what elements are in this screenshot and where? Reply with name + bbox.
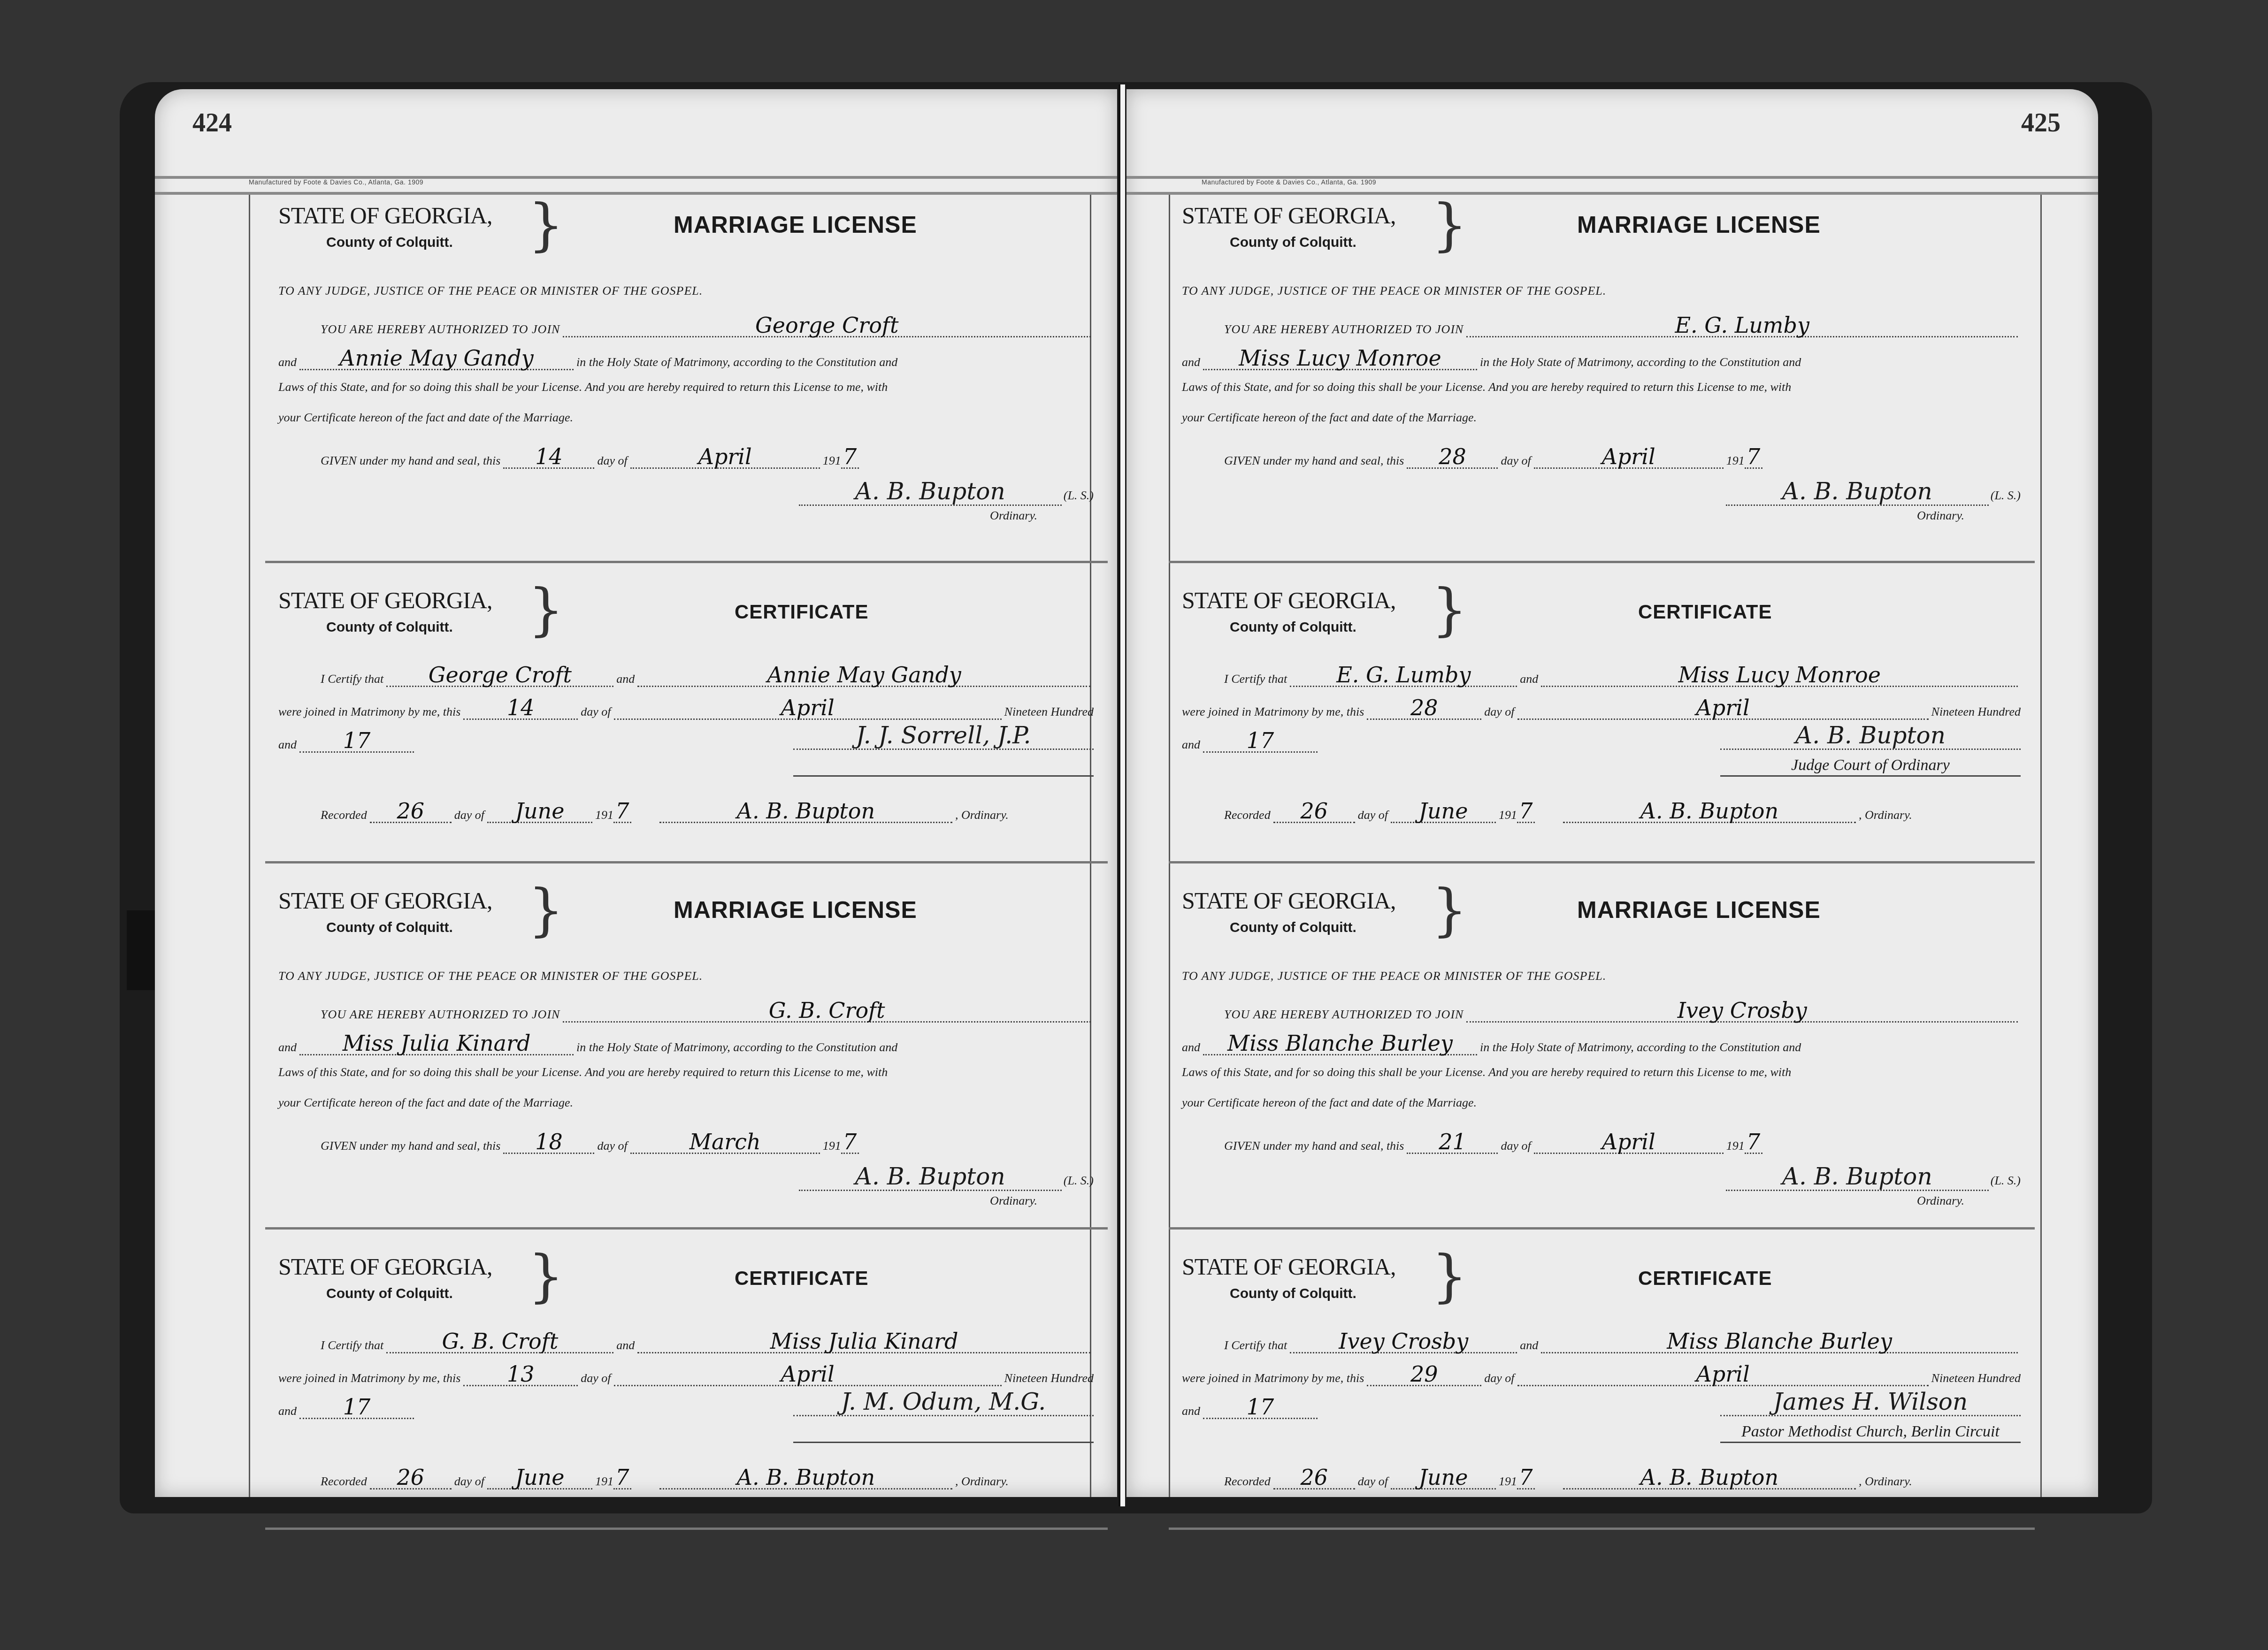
day-of-label: day of [1484, 705, 1514, 720]
join-line: YOU ARE HEREBY AUTHORIZED to join George… [278, 314, 1094, 337]
county-heading: County of Colquitt. [326, 1286, 453, 1302]
officiant-block: J. J. Sorrell, J.P. [793, 723, 1094, 777]
given-label: GIVEN under my hand and seal, this [321, 1139, 500, 1154]
joined-label: were joined in Matrimony by me, this [278, 705, 460, 720]
county-heading: County of Colquitt. [1230, 235, 1356, 251]
brace-icon: } [1432, 1248, 1467, 1305]
brace-icon: } [528, 582, 564, 638]
given-line: GIVEN under my hand and seal, this 21 da… [1182, 1131, 2021, 1154]
certificate-instruction: your Certificate hereon of the fact and … [278, 411, 573, 426]
ordinary-label: Ordinary. [1726, 509, 1964, 523]
ordinary-signature: A. B. Bupton [799, 479, 1062, 506]
ls-label: (L. S.) [1064, 489, 1094, 502]
county-heading: County of Colquitt. [1230, 1286, 1356, 1302]
day-of-label: day of [1358, 1474, 1388, 1490]
day-of-label: day of [1484, 1371, 1514, 1386]
and-label: and [1182, 1404, 1200, 1419]
groom-name: Ivey Crosby [1290, 1330, 1517, 1353]
salutation-line: TO ANY JUDGE, JUSTICE OF THE PEACE OR MI… [278, 969, 1094, 984]
marriage-month: April [614, 697, 1002, 720]
recorder-signature: A. B. Bupton [659, 800, 952, 823]
nineteen-hundred: Nineteen Hundred [1004, 705, 1094, 720]
and-label: and [1520, 1338, 1538, 1353]
marriage-day: 29 [1367, 1363, 1481, 1386]
and-label: and [1182, 1040, 1200, 1055]
certify-label: I Certify that [1224, 672, 1287, 687]
book-gutter [1119, 84, 1125, 1506]
county-heading: County of Colquitt. [326, 619, 453, 635]
groom-name: G. B. Croft [386, 1330, 613, 1353]
marriage-year: 17 [1203, 730, 1318, 753]
joined-label: were joined in Matrimony by me, this [1182, 1371, 1364, 1386]
salutation: TO ANY JUDGE, JUSTICE OF THE PEACE OR MI… [278, 969, 703, 984]
recorded-month: June [487, 1467, 592, 1490]
bride-name: Miss Julia Kinard [637, 1330, 1091, 1353]
join-line: YOU ARE HEREBY AUTHORIZED to join E. G. … [1182, 314, 2021, 337]
brace-icon: } [528, 197, 564, 253]
license-signature-block: A. B. Bupton (L. S.) Ordinary. [799, 1164, 1094, 1208]
recorded-year-digit: 7 [613, 800, 631, 823]
license-month: April [1534, 1131, 1724, 1154]
officiant-title [793, 756, 1094, 777]
certify-label: I Certify that [1224, 1338, 1287, 1353]
nineteen-hundred: Nineteen Hundred [1004, 1371, 1094, 1386]
recorded-line: Recorded 26 day of June 191 7 A. B. Bupt… [278, 1467, 1094, 1490]
nineteen-hundred: Nineteen Hundred [1931, 1371, 2021, 1386]
form-title: CERTIFICATE [735, 601, 869, 623]
officiant-block: James H. Wilson Pastor Methodist Church,… [1720, 1389, 2021, 1443]
laws-line: Laws of this State, and for so doing thi… [1182, 380, 2021, 395]
certificate-instruction: your Certificate hereon of the fact and … [1182, 1096, 1477, 1111]
officiant-block: A. B. Bupton Judge Court of Ordinary [1720, 723, 2021, 777]
authorized-label: YOU ARE HEREBY AUTHORIZED to join [1224, 322, 1463, 337]
day-of-label: day of [1501, 1139, 1531, 1154]
and-label: and [278, 1404, 297, 1419]
license-signature-block: A. B. Bupton (L. S.) Ordinary. [1726, 479, 2021, 523]
form-title: CERTIFICATE [735, 1267, 869, 1290]
day-of-label: day of [597, 454, 627, 469]
joined-line: were joined in Matrimony by me, this 29 … [1182, 1363, 2021, 1386]
brace-icon: } [528, 1248, 564, 1305]
laws-text: Laws of this State, and for so doing thi… [278, 380, 888, 395]
groom-name: E. G. Lumby [1466, 314, 2018, 337]
marriage-year: 17 [299, 730, 414, 753]
recorded-year-digit: 7 [613, 1467, 631, 1490]
brace-icon: } [1432, 197, 1467, 253]
ordinary-label: Ordinary. [799, 1194, 1037, 1208]
ordinary-label: Ordinary. [1726, 1194, 1964, 1208]
license-day: 18 [503, 1131, 594, 1154]
given-label: GIVEN under my hand and seal, this [321, 454, 500, 469]
bride-line: and Miss Julia Kinard in the Holy State … [278, 1032, 1094, 1055]
marriage-day: 28 [1367, 697, 1481, 720]
ordinary-signature: A. B. Bupton [1726, 1164, 1989, 1191]
salutation: TO ANY JUDGE, JUSTICE OF THE PEACE OR MI… [278, 284, 703, 299]
marriage-year: 17 [299, 1396, 414, 1419]
holy-state-text: in the Holy State of Matrimony, accordin… [576, 1040, 897, 1055]
joined-line: were joined in Matrimony by me, this 14 … [278, 697, 1094, 720]
license-month: March [630, 1131, 820, 1154]
year-prefix: 191 [823, 1139, 841, 1154]
given-label: GIVEN under my hand and seal, this [1224, 454, 1404, 469]
authorized-label: YOU ARE HEREBY AUTHORIZED to join [321, 322, 560, 337]
bride-name: Miss Blanche Burley [1541, 1330, 2018, 1353]
day-of-label: day of [1358, 808, 1388, 823]
form-title: MARRIAGE LICENSE [1577, 211, 1821, 238]
ordinary-label: , Ordinary. [955, 1474, 1009, 1490]
license-day: 14 [503, 446, 594, 469]
county-heading: County of Colquitt. [1230, 920, 1356, 936]
certificate-instruction-line: your Certificate hereon of the fact and … [278, 411, 1094, 426]
license-year-digit: 7 [841, 1131, 859, 1154]
officiant-title: Judge Court of Ordinary [1720, 756, 2021, 777]
marriage-certificate: STATE OF GEORGIA, County of Colquitt. } … [1169, 563, 2035, 863]
state-heading: STATE OF GEORGIA, [1182, 587, 1395, 614]
ls-label: (L. S.) [1991, 489, 2021, 502]
holy-state-text: in the Holy State of Matrimony, accordin… [1480, 1040, 1801, 1055]
groom-name: Ivey Crosby [1466, 1000, 2018, 1023]
given-line: GIVEN under my hand and seal, this 28 da… [1182, 446, 2021, 469]
day-of-label: day of [581, 1371, 611, 1386]
bride-line: and Miss Lucy Monroe in the Holy State o… [1182, 347, 2021, 370]
day-of-label: day of [454, 1474, 484, 1490]
recorded-month: June [1391, 1467, 1496, 1490]
year-prefix: 191 [1726, 1139, 1745, 1154]
year-prefix: 191 [1499, 1474, 1517, 1490]
recorded-year-digit: 7 [1517, 1467, 1535, 1490]
and-label: and [616, 672, 635, 687]
form-title: MARRIAGE LICENSE [674, 896, 917, 924]
recorded-line: Recorded 26 day of June 191 7 A. B. Bupt… [1182, 1467, 2021, 1490]
state-heading: STATE OF GEORGIA, [278, 1253, 492, 1280]
join-line: YOU ARE HEREBY AUTHORIZED to join Ivey C… [1182, 1000, 2021, 1023]
state-heading: STATE OF GEORGIA, [1182, 1253, 1395, 1280]
officiant-title [793, 1423, 1094, 1443]
and-label: and [1520, 672, 1538, 687]
day-of-label: day of [454, 808, 484, 823]
ordinary-label: , Ordinary. [1859, 808, 1912, 823]
groom-name: E. G. Lumby [1290, 664, 1517, 687]
recorder-signature: A. B. Bupton [1563, 1467, 1856, 1490]
bride-name: Miss Julia Kinard [299, 1032, 574, 1055]
officiant-block: J. M. Odum, M.G. [793, 1389, 1094, 1443]
bride-name: Miss Lucy Monroe [1541, 664, 2018, 687]
certify-label: I Certify that [321, 672, 383, 687]
certificate-instruction-line: your Certificate hereon of the fact and … [1182, 1096, 2021, 1111]
year-prefix: 191 [823, 454, 841, 469]
ls-label: (L. S.) [1064, 1174, 1094, 1187]
salutation-line: TO ANY JUDGE, JUSTICE OF THE PEACE OR MI… [1182, 969, 2021, 984]
state-heading: STATE OF GEORGIA, [1182, 202, 1395, 229]
page-number-right: 425 [2021, 108, 2061, 138]
recorded-label: Recorded [1224, 808, 1271, 823]
recorded-month: June [1391, 800, 1496, 823]
bride-name: Annie May Gandy [299, 347, 574, 370]
brace-icon: } [528, 882, 564, 939]
certificate-instruction-line: your Certificate hereon of the fact and … [1182, 411, 2021, 426]
marriage-license: STATE OF GEORGIA, County of Colquitt. } … [1169, 178, 2035, 563]
recorded-label: Recorded [321, 1474, 367, 1490]
given-line: GIVEN under my hand and seal, this 18 da… [278, 1131, 1094, 1154]
and-label: and [1182, 355, 1200, 370]
and-label: and [1182, 738, 1200, 753]
marriage-certificate: STATE OF GEORGIA, County of Colquitt. } … [1169, 1230, 2035, 1530]
form-title: MARRIAGE LICENSE [674, 211, 917, 238]
and-label: and [278, 1040, 297, 1055]
certify-line: I Certify that Ivey Crosby and Miss Blan… [1182, 1330, 2021, 1353]
and-label: and [616, 1338, 635, 1353]
authorized-label: YOU ARE HEREBY AUTHORIZED to join [1224, 1008, 1463, 1023]
marriage-license: STATE OF GEORGIA, County of Colquitt. } … [1169, 863, 2035, 1230]
license-signature-block: A. B. Bupton (L. S.) Ordinary. [799, 479, 1094, 523]
certify-line: I Certify that G. B. Croft and Miss Juli… [278, 1330, 1094, 1353]
officiant-signature: J. J. Sorrell, J.P. [793, 723, 1094, 750]
day-of-label: day of [1501, 454, 1531, 469]
license-day: 28 [1407, 446, 1498, 469]
marriage-month: April [614, 1363, 1002, 1386]
ordinary-label: Ordinary. [799, 509, 1037, 523]
form-title: CERTIFICATE [1638, 1267, 1772, 1290]
state-heading: STATE OF GEORGIA, [1182, 887, 1395, 914]
salutation: TO ANY JUDGE, JUSTICE OF THE PEACE OR MI… [1182, 969, 1606, 984]
laws-line: Laws of this State, and for so doing thi… [278, 380, 1094, 395]
bride-name: Miss Lucy Monroe [1203, 347, 1477, 370]
laws-line: Laws of this State, and for so doing thi… [278, 1065, 1094, 1080]
marriage-certificate: STATE OF GEORGIA, County of Colquitt. } … [265, 1230, 1108, 1530]
marriage-certificate: STATE OF GEORGIA, County of Colquitt. } … [265, 563, 1108, 863]
bride-line: and Miss Blanche Burley in the Holy Stat… [1182, 1032, 2021, 1055]
joined-label: were joined in Matrimony by me, this [278, 1371, 460, 1386]
certificate-instruction-line: your Certificate hereon of the fact and … [278, 1096, 1094, 1111]
license-month: April [630, 446, 820, 469]
laws-text: Laws of this State, and for so doing thi… [278, 1065, 888, 1080]
state-heading: STATE OF GEORGIA, [278, 587, 492, 614]
laws-text: Laws of this State, and for so doing thi… [1182, 1065, 1791, 1080]
year-prefix: 191 [595, 808, 613, 823]
day-of-label: day of [597, 1139, 627, 1154]
license-month: April [1534, 446, 1724, 469]
laws-text: Laws of this State, and for so doing thi… [1182, 380, 1791, 395]
license-year-digit: 7 [1745, 446, 1762, 469]
license-year-digit: 7 [1745, 1131, 1762, 1154]
recorded-label: Recorded [321, 808, 367, 823]
salutation: TO ANY JUDGE, JUSTICE OF THE PEACE OR MI… [1182, 284, 1606, 299]
recorded-day: 26 [1273, 800, 1355, 823]
license-signature-block: A. B. Bupton (L. S.) Ordinary. [1726, 1164, 2021, 1208]
certificate-instruction: your Certificate hereon of the fact and … [1182, 411, 1477, 426]
authorized-label: YOU ARE HEREBY AUTHORIZED to join [321, 1008, 560, 1023]
nineteen-hundred: Nineteen Hundred [1931, 705, 2021, 720]
and-label: and [278, 355, 297, 370]
recorder-signature: A. B. Bupton [659, 1467, 952, 1490]
bride-name: Annie May Gandy [637, 664, 1091, 687]
recorded-month: June [487, 800, 592, 823]
officiant-signature: J. M. Odum, M.G. [793, 1389, 1094, 1416]
county-heading: County of Colquitt. [326, 235, 453, 251]
ls-label: (L. S.) [1991, 1174, 2021, 1187]
recorded-line: Recorded 26 day of June 191 7 A. B. Bupt… [278, 800, 1094, 823]
brace-icon: } [1432, 582, 1467, 638]
marriage-day: 14 [463, 697, 578, 720]
certify-line: I Certify that George Croft and Annie Ma… [278, 664, 1094, 687]
certify-line: I Certify that E. G. Lumby and Miss Lucy… [1182, 664, 2021, 687]
ordinary-label: , Ordinary. [955, 808, 1009, 823]
groom-name: George Croft [386, 664, 613, 687]
salutation-line: TO ANY JUDGE, JUSTICE OF THE PEACE OR MI… [278, 284, 1094, 299]
recorded-line: Recorded 26 day of June 191 7 A. B. Bupt… [1182, 800, 2021, 823]
day-of-label: day of [581, 705, 611, 720]
county-heading: County of Colquitt. [326, 920, 453, 936]
year-prefix: 191 [595, 1474, 613, 1490]
license-year-digit: 7 [841, 446, 859, 469]
officiant-signature: James H. Wilson [1720, 1389, 2021, 1416]
recorded-label: Recorded [1224, 1474, 1271, 1490]
recorder-signature: A. B. Bupton [1563, 800, 1856, 823]
marriage-license: STATE OF GEORGIA, County of Colquitt. } … [265, 863, 1108, 1230]
joined-line: were joined in Matrimony by me, this 28 … [1182, 697, 2021, 720]
page-number-left: 424 [192, 108, 232, 138]
marriage-day: 13 [463, 1363, 578, 1386]
given-line: GIVEN under my hand and seal, this 14 da… [278, 446, 1094, 469]
state-heading: STATE OF GEORGIA, [278, 887, 492, 914]
recorded-day: 26 [370, 800, 452, 823]
bride-line: and Annie May Gandy in the Holy State of… [278, 347, 1094, 370]
marriage-month: April [1517, 1363, 1929, 1386]
recorded-day: 26 [1273, 1467, 1355, 1490]
joined-line: were joined in Matrimony by me, this 13 … [278, 1363, 1094, 1386]
ordinary-label: , Ordinary. [1859, 1474, 1912, 1490]
groom-name: George Croft [563, 314, 1091, 337]
marriage-license: STATE OF GEORGIA, County of Colquitt. } … [265, 178, 1108, 563]
officiant-signature: A. B. Bupton [1720, 723, 2021, 750]
license-day: 21 [1407, 1131, 1498, 1154]
and-label: and [278, 738, 297, 753]
join-line: YOU ARE HEREBY AUTHORIZED to join G. B. … [278, 1000, 1094, 1023]
ordinary-signature: A. B. Bupton [1726, 479, 1989, 506]
laws-line: Laws of this State, and for so doing thi… [1182, 1065, 2021, 1080]
holy-state-text: in the Holy State of Matrimony, accordin… [576, 355, 897, 370]
ordinary-signature: A. B. Bupton [799, 1164, 1062, 1191]
county-heading: County of Colquitt. [1230, 619, 1356, 635]
groom-name: G. B. Croft [563, 1000, 1091, 1023]
state-heading: STATE OF GEORGIA, [278, 202, 492, 229]
bride-name: Miss Blanche Burley [1203, 1032, 1477, 1055]
year-prefix: 191 [1499, 808, 1517, 823]
recorded-year-digit: 7 [1517, 800, 1535, 823]
form-title: MARRIAGE LICENSE [1577, 896, 1821, 924]
holy-state-text: in the Holy State of Matrimony, accordin… [1480, 355, 1801, 370]
certify-label: I Certify that [321, 1338, 383, 1353]
form-title: CERTIFICATE [1638, 601, 1772, 623]
certificate-instruction: your Certificate hereon of the fact and … [278, 1096, 573, 1111]
given-label: GIVEN under my hand and seal, this [1224, 1139, 1404, 1154]
officiant-title: Pastor Methodist Church, Berlin Circuit [1720, 1423, 2021, 1443]
salutation-line: TO ANY JUDGE, JUSTICE OF THE PEACE OR MI… [1182, 284, 2021, 299]
year-prefix: 191 [1726, 454, 1745, 469]
marriage-year: 17 [1203, 1396, 1318, 1419]
brace-icon: } [1432, 882, 1467, 939]
joined-label: were joined in Matrimony by me, this [1182, 705, 1364, 720]
marriage-month: April [1517, 697, 1929, 720]
recorded-day: 26 [370, 1467, 452, 1490]
